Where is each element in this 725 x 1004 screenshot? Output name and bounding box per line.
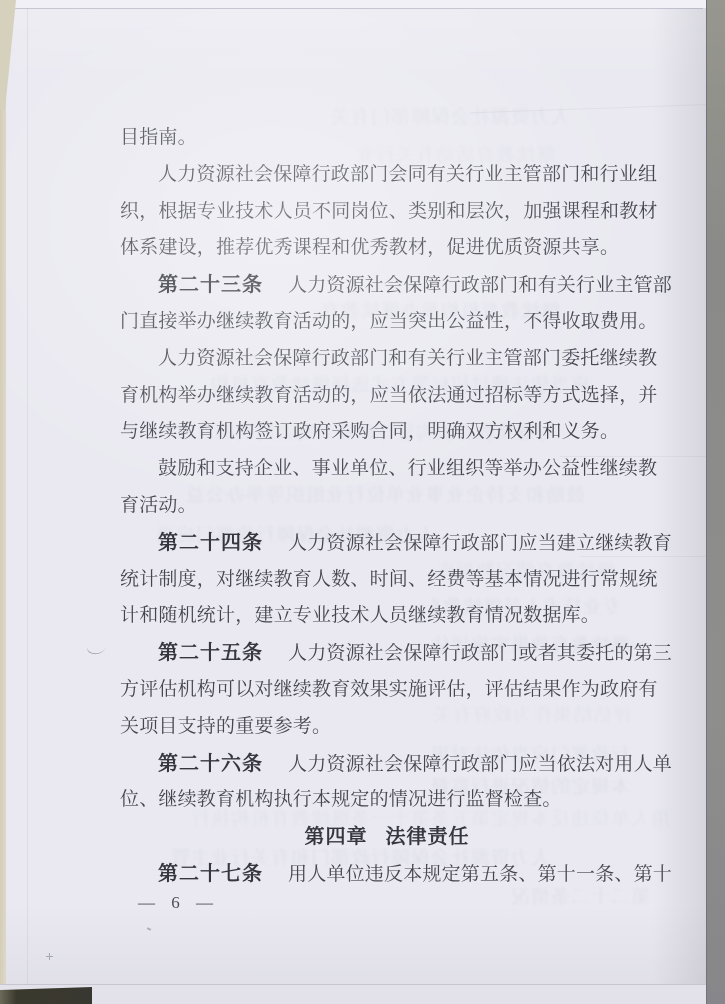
line-text: 人力资源社会保障行政部门和有关行业主管部门委托继续教 [158,348,657,369]
pen-mark [46,953,53,960]
text-line: 目指南。 [120,120,654,157]
line-text: 人力资源社会保障行政部门应当建立继续教育 [288,533,672,554]
article-number: 第二十五条 [158,642,263,664]
chapter-heading: 第四章法律责任 [120,819,654,856]
line-text: 统计制度，对继续教育人数、时间、经费等基本情况进行常规统 [120,569,658,590]
line-text: 关项目支持的重要参考。 [120,716,331,737]
text-line: 门直接举办继续教育活动的，应当突出公益性，不得收取费用。 [120,304,654,341]
paper-left-edge [0,0,6,1004]
text-line: 计和随机统计，建立专业技术人员继续教育情况数据库。 [120,598,654,635]
paper-top-margin [6,0,707,8]
line-text: 计和随机统计，建立专业技术人员继续教育情况数据库。 [120,605,600,626]
article-number: 第二十四条 [158,532,263,554]
text-line: 育活动。 [120,488,654,525]
article-number: 第二十六条 [158,753,263,775]
article-number: 第二十七条 [158,863,263,885]
line-text: 方评估机构可以对继续教育效果实施评估，评估结果作为政府有 [120,679,658,700]
line-text: 用人单位违反本规定第五条、第十一条、第十 [288,864,672,885]
line-text: 法律责任 [386,826,470,848]
pen-mark [147,927,151,931]
line-text: 育机构举办继续教育活动的，应当依法通过招标等方式选择，并 [120,385,658,406]
line-text: 体系建设，推荐优秀课程和优秀教材，促进优质资源共享。 [120,237,619,258]
text-line: 统计制度，对继续教育人数、时间、经费等基本情况进行常规统 [120,562,654,599]
next-page-edge [0,984,707,1004]
paper-top-edge [12,8,703,9]
article-number: 第四章 [305,826,368,848]
article-line: 第二十四条人力资源社会保障行政部门应当建立继续教育 [120,525,654,562]
line-text: 鼓励和支持企业、事业单位、行业组织等举办公益性继续教 [158,458,657,479]
line-text: 目指南。 [120,127,197,148]
scanned-page: 人力资源社会保障部门有关继续教育活动有关行业继续教育机构举办继续教育应当依法通过… [0,0,725,1004]
pen-mark [86,636,108,658]
paper-crease [470,104,720,114]
line-text: 与继续教育机构签订政府采购合同，明确双方权利和义务。 [120,421,619,442]
text-lines: 目指南。人力资源社会保障行政部门会同有关行业主管部门和行业组织，根据专业技术人员… [120,120,654,893]
text-line: 织，根据专业技术人员不同岗位、类别和层次，加强课程和教材 [120,194,654,231]
text-line: 人力资源社会保障行政部门和有关行业主管部门委托继续教 [120,341,654,378]
line-text: 育活动。 [120,495,197,516]
text-line: 与继续教育机构签订政府采购合同，明确双方权利和义务。 [120,414,654,451]
text-line: 关项目支持的重要参考。 [120,709,654,746]
article-line: 第二十六条人力资源社会保障行政部门应当依法对用人单 [120,746,654,783]
text-line: 育机构举办继续教育活动的，应当依法通过招标等方式选择，并 [120,378,654,415]
text-line: 鼓励和支持企业、事业单位、行业组织等举办公益性继续教 [120,451,654,488]
line-text: 织，根据专业技术人员不同岗位、类别和层次，加强课程和教材 [120,201,658,222]
article-line: 第二十七条用人单位违反本规定第五条、第十一条、第十 [120,856,654,893]
line-text: 人力资源社会保障行政部门会同有关行业主管部门和行业组 [158,164,657,185]
paper-corner-edge [0,0,16,110]
article-line: 第二十五条人力资源社会保障行政部门或者其委托的第三 [120,635,654,672]
page-number: — 6 — [138,893,215,913]
text-line: 人力资源社会保障行政部门会同有关行业主管部门和行业组 [120,157,654,194]
paper-fold-line [27,0,28,1004]
article-line: 第二十三条人力资源社会保障行政部门和有关行业主管部 [120,267,654,304]
text-line: 方评估机构可以对继续教育效果实施评估，评估结果作为政府有 [120,672,654,709]
article-number: 第二十三条 [158,274,263,296]
line-text: 人力资源社会保障行政部门应当依法对用人单 [288,754,672,775]
text-line: 位、继续教育机构执行本规定的情况进行监督检查。 [120,782,654,819]
line-text: 人力资源社会保障行政部门或者其委托的第三 [288,643,672,664]
line-text: 门直接举办继续教育活动的，应当突出公益性，不得收取费用。 [120,311,658,332]
text-line: 体系建设，推荐优秀课程和优秀教材，促进优质资源共享。 [120,230,654,267]
line-text: 人力资源社会保障行政部门和有关行业主管部 [288,275,672,296]
line-text: 位、继续教育机构执行本规定的情况进行监督检查。 [120,789,562,810]
scanner-edge [706,0,725,1004]
